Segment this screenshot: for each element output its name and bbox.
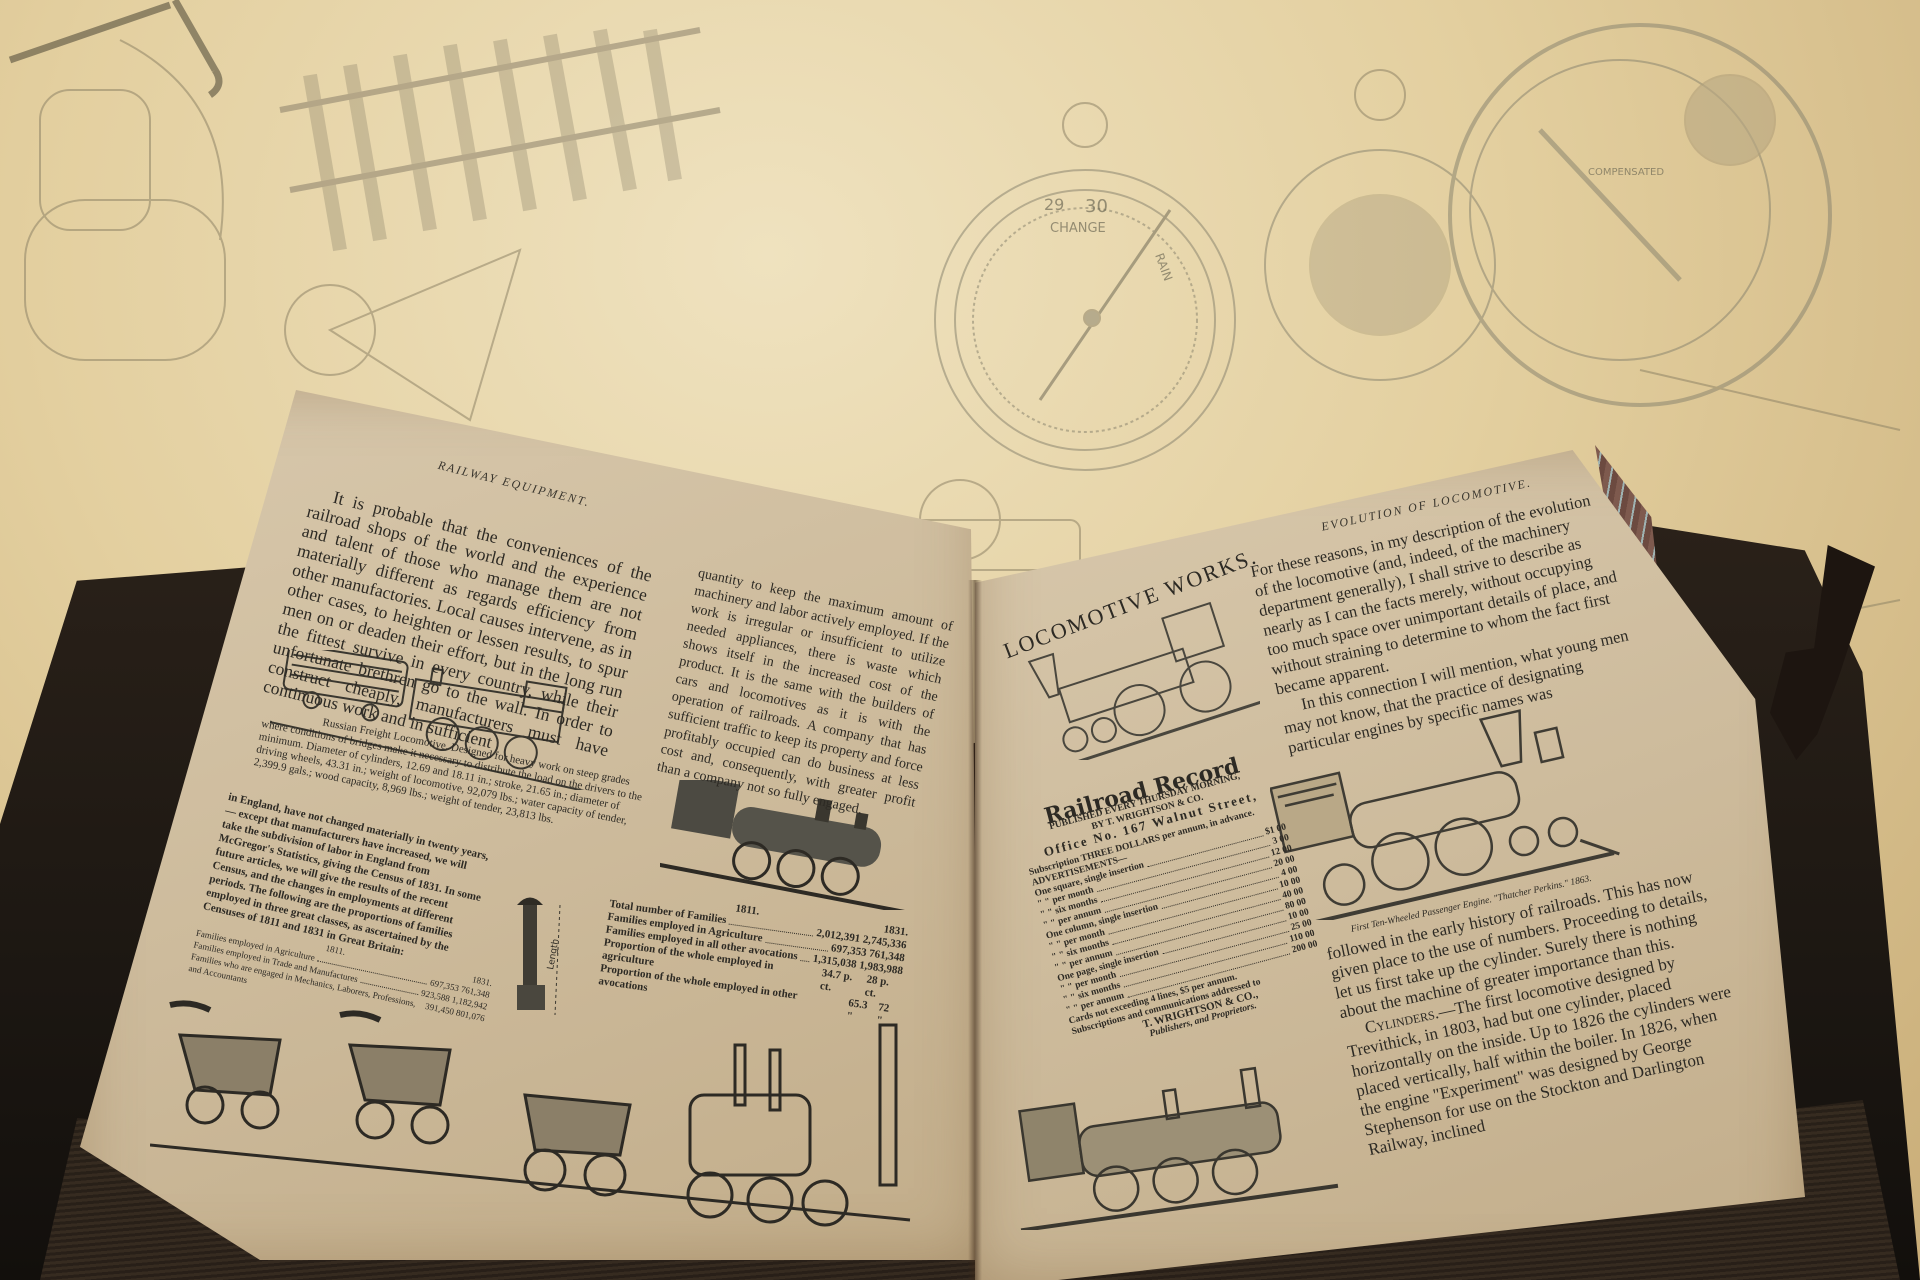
svg-text:Length: Length [546, 938, 561, 970]
open-book: Length [0, 0, 1920, 1280]
book-gutter [968, 580, 982, 1280]
early-locomotive-with-coal-wagons-illustration [150, 995, 920, 1235]
tank-locomotive-illustration-right [1010, 1050, 1340, 1230]
